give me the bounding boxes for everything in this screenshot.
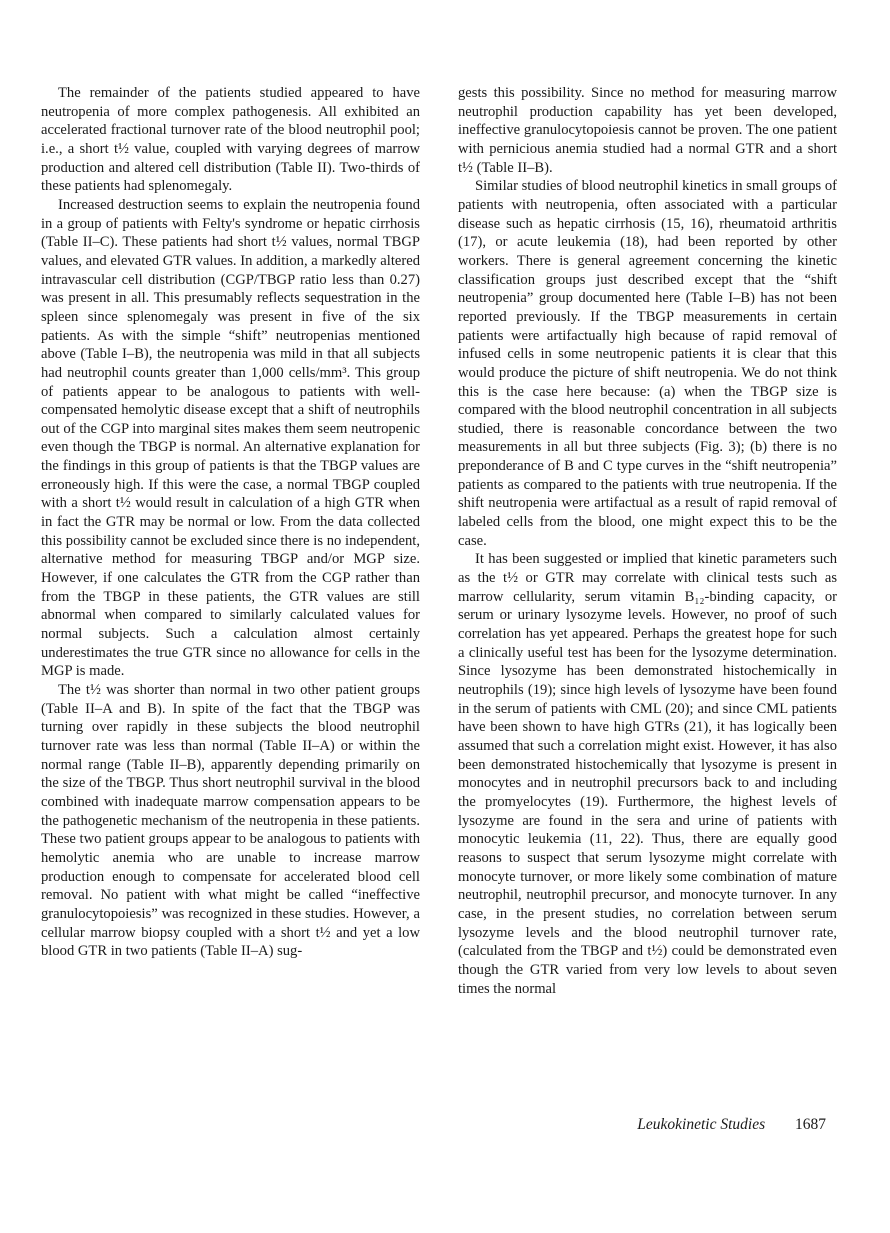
paragraph: The t½ was shorter than normal in two ot…: [41, 681, 420, 961]
paragraph: Similar studies of blood neutrophil kine…: [458, 177, 837, 550]
paragraph: It has been suggested or implied that ki…: [458, 550, 837, 998]
paragraph: Increased destruction seems to explain t…: [41, 196, 420, 681]
running-title: Leukokinetic Studies: [637, 1116, 765, 1133]
page-footer: Leukokinetic Studies 1687: [0, 1116, 826, 1134]
right-column: gests this possibility. Since no method …: [458, 84, 837, 998]
left-column: The remainder of the patients studied ap…: [41, 84, 420, 961]
page-number: 1687: [795, 1116, 826, 1133]
paragraph: The remainder of the patients studied ap…: [41, 84, 420, 196]
paragraph-continuation: gests this possibility. Since no method …: [458, 84, 837, 177]
